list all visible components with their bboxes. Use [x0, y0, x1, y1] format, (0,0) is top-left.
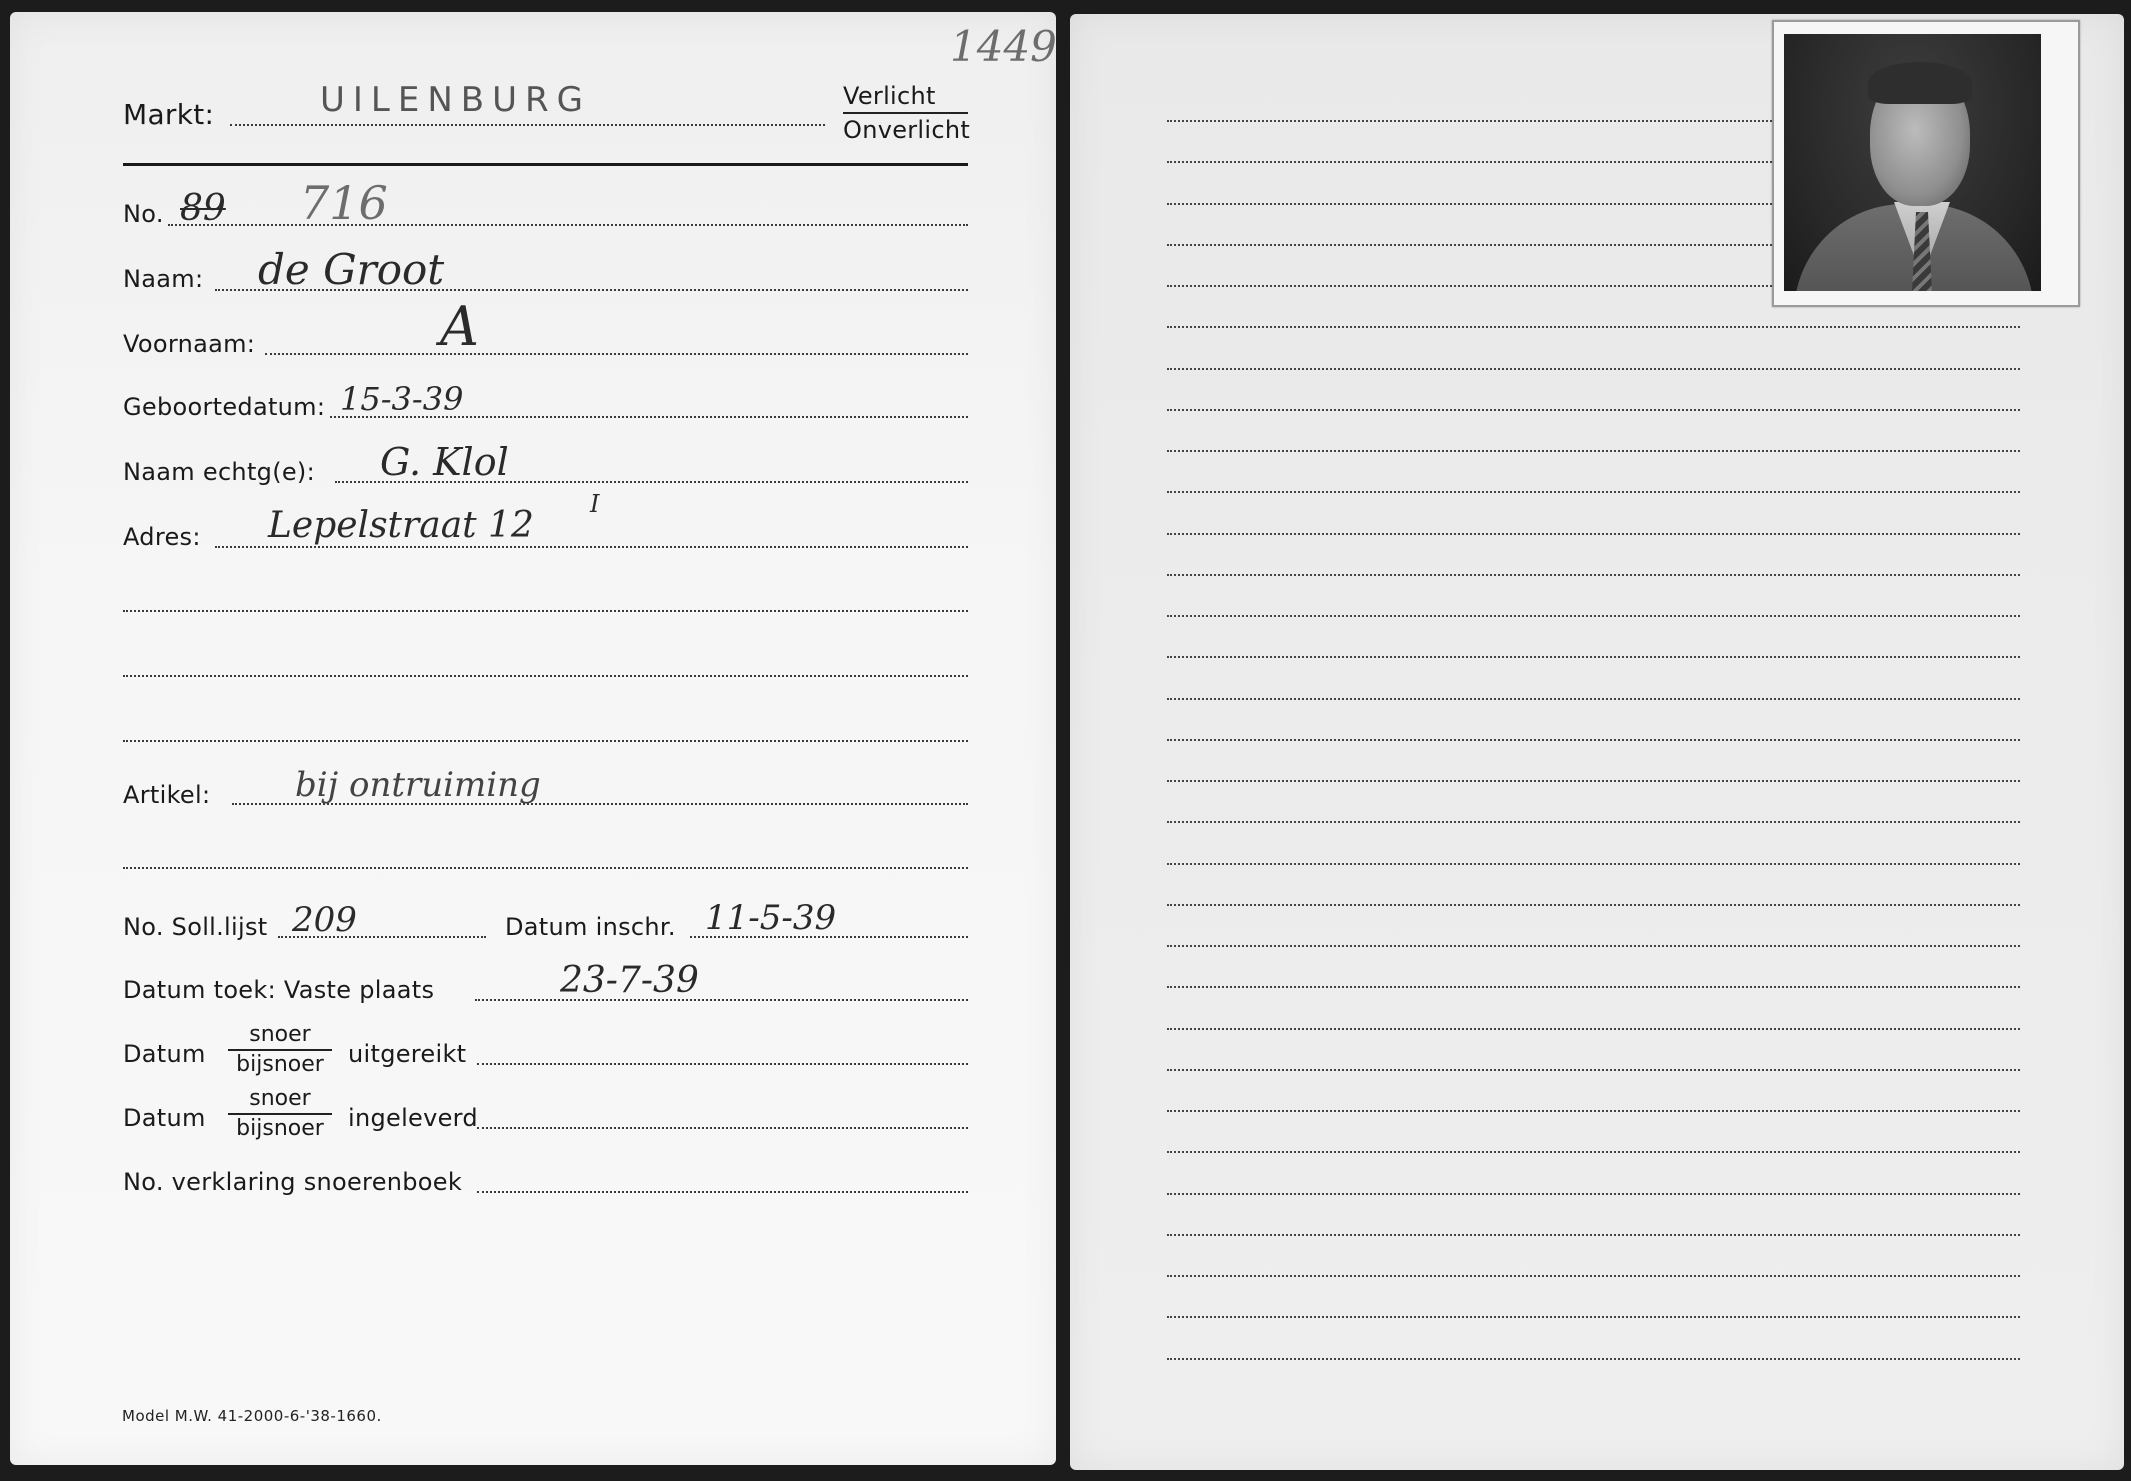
ruled-line[interactable]	[1167, 863, 2020, 865]
ruled-line[interactable]	[1167, 120, 1772, 122]
registration-card-front	[10, 12, 1056, 1465]
naam-echtgenote-label: Naam echtg(e):	[123, 458, 315, 486]
adres-extra-line-1[interactable]	[123, 610, 968, 612]
ruled-line[interactable]	[1167, 821, 2020, 823]
photo-frame	[1772, 20, 2080, 307]
artikel-extra-line[interactable]	[123, 867, 968, 869]
frac-bijsnoer: bijsnoer	[228, 1115, 332, 1141]
ruled-line[interactable]	[1167, 1151, 2020, 1153]
no-soll-lijst-value[interactable]: 209	[292, 900, 357, 940]
datum-uitgereikt-prefix: Datum	[123, 1040, 206, 1068]
adres-line	[215, 546, 968, 548]
datum-toek-value[interactable]: 23-7-39	[560, 960, 699, 1001]
artikel-label: Artikel:	[123, 781, 210, 809]
model-number: Model M.W. 41-2000-6-'38-1660.	[122, 1407, 382, 1425]
adres-label: Adres:	[123, 523, 201, 551]
markt-label: Markt:	[123, 98, 214, 131]
ruled-line[interactable]	[1167, 904, 2020, 906]
no-value[interactable]: 716	[300, 176, 388, 230]
ruled-line[interactable]	[1167, 244, 1772, 246]
ruled-line[interactable]	[1167, 780, 2020, 782]
voornaam-line	[265, 353, 968, 355]
no-soll-lijst-label: No. Soll.lijst	[123, 913, 267, 941]
ruled-line[interactable]	[1167, 656, 2020, 658]
adres-extra-line-3[interactable]	[123, 740, 968, 742]
ruled-line[interactable]	[1167, 1069, 2020, 1071]
header-rule	[123, 163, 968, 166]
ruled-line[interactable]	[1167, 285, 1772, 287]
no-verklaring-line[interactable]	[477, 1191, 968, 1193]
portrait-photo[interactable]	[1784, 34, 2041, 291]
ruled-line[interactable]	[1167, 615, 2020, 617]
ruled-line[interactable]	[1167, 326, 2020, 328]
no-line	[168, 224, 968, 226]
datum-toek-line	[475, 999, 968, 1001]
voornaam-label: Voornaam:	[123, 330, 255, 358]
ruled-line[interactable]	[1167, 739, 2020, 741]
onverlicht-option[interactable]: Onverlicht	[843, 114, 968, 144]
ruled-line[interactable]	[1167, 945, 2020, 947]
naam-value[interactable]: de Groot	[258, 245, 444, 294]
snoer-bijsnoer-fraction: snoer bijsnoer	[228, 1086, 332, 1141]
ruled-line[interactable]	[1167, 491, 2020, 493]
markt-value[interactable]: UILENBURG	[320, 80, 591, 120]
naam-label: Naam:	[123, 265, 203, 293]
adres-value[interactable]: Lepelstraat 12	[268, 505, 534, 546]
datum-ingeleverd-line[interactable]	[477, 1127, 968, 1129]
ruled-line[interactable]	[1167, 1193, 2020, 1195]
artikel-value[interactable]: bij ontruiming	[295, 765, 541, 805]
ruled-line[interactable]	[1167, 203, 1772, 205]
datum-ingeleverd-suffix: ingeleverd	[348, 1104, 478, 1132]
ruled-line[interactable]	[1167, 161, 1772, 163]
datum-uitgereikt-line[interactable]	[477, 1063, 968, 1065]
no-verklaring-label: No. verklaring snoerenboek	[123, 1168, 462, 1196]
frac-snoer: snoer	[228, 1086, 332, 1115]
ruled-line[interactable]	[1167, 1316, 2020, 1318]
ruled-line[interactable]	[1167, 698, 2020, 700]
geboortedatum-label: Geboortedatum:	[123, 393, 325, 421]
ruled-line[interactable]	[1167, 1028, 2020, 1030]
ruled-line[interactable]	[1167, 409, 2020, 411]
adres-extra-line-2[interactable]	[123, 675, 968, 677]
photo-hair	[1868, 62, 1972, 104]
archive-number: 1449	[950, 22, 1057, 71]
ruled-line[interactable]	[1167, 574, 2020, 576]
ruled-line[interactable]	[1167, 533, 2020, 535]
no-label: No.	[123, 200, 164, 228]
datum-inschr-label: Datum inschr.	[505, 913, 676, 941]
lighting-option[interactable]: Verlicht Onverlicht	[843, 82, 968, 144]
no-struck-value: 89	[180, 188, 226, 229]
naam-echtgenote-value[interactable]: G. Klol	[380, 440, 509, 484]
frac-bijsnoer: bijsnoer	[228, 1051, 332, 1077]
ruled-line[interactable]	[1167, 1110, 2020, 1112]
voornaam-value[interactable]: A	[440, 295, 479, 358]
geboortedatum-value[interactable]: 15-3-39	[340, 380, 463, 418]
markt-line	[230, 124, 825, 126]
datum-ingeleverd-prefix: Datum	[123, 1104, 206, 1132]
ruled-line[interactable]	[1167, 450, 2020, 452]
snoer-bijsnoer-fraction: snoer bijsnoer	[228, 1022, 332, 1077]
ruled-line[interactable]	[1167, 1234, 2020, 1236]
ruled-line[interactable]	[1167, 986, 2020, 988]
frac-snoer: snoer	[228, 1022, 332, 1051]
ruled-line[interactable]	[1167, 1358, 2020, 1360]
datum-toek-label: Datum toek: Vaste plaats	[123, 976, 434, 1004]
ruled-line[interactable]	[1167, 1275, 2020, 1277]
ruled-line[interactable]	[1167, 368, 2020, 370]
verlicht-option[interactable]: Verlicht	[843, 82, 968, 114]
datum-inschr-value[interactable]: 11-5-39	[705, 898, 836, 938]
datum-uitgereikt-suffix: uitgereikt	[348, 1040, 466, 1068]
adres-suffix: I	[590, 490, 599, 518]
